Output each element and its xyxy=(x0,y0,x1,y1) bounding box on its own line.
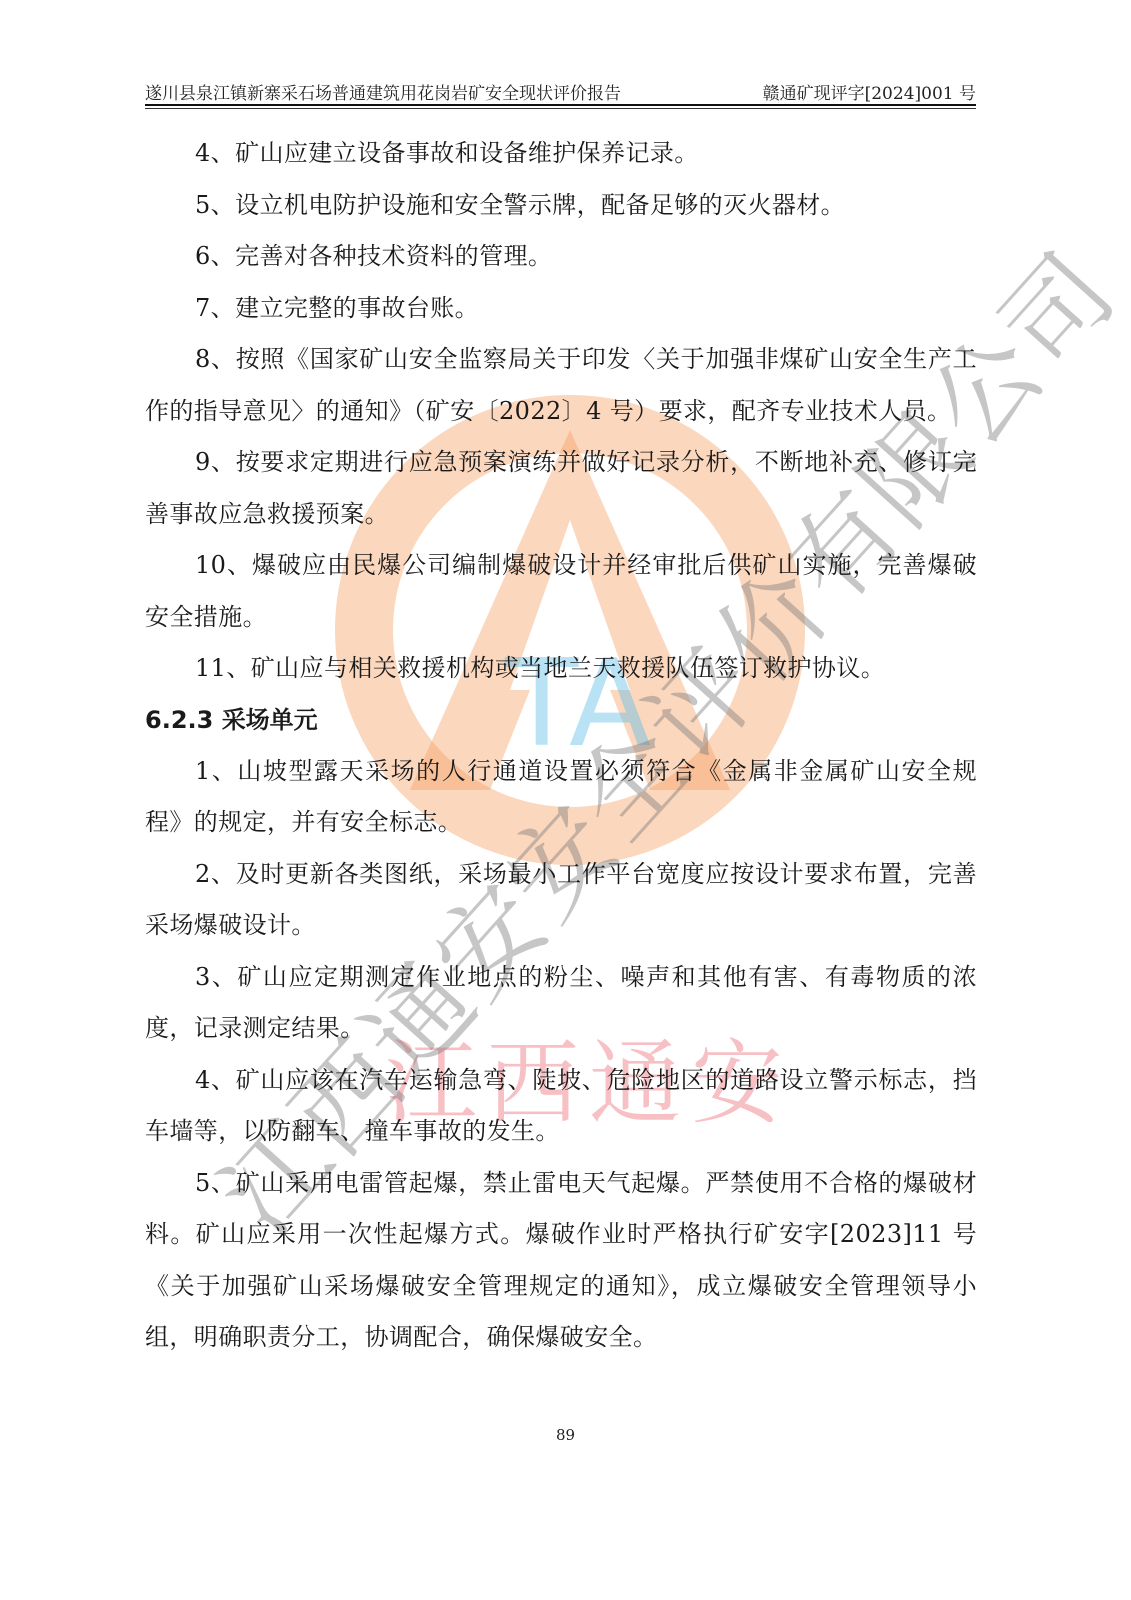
list-item: 1、山坡型露天采场的人行通道设置必须符合《金属非金属矿山安全规程》的规定，并有安… xyxy=(145,746,977,849)
list-item: 9、按要求定期进行应急预案演练并做好记录分析，不断地补充、修订完善事故应急救援预… xyxy=(145,437,977,540)
list-item: 3、矿山应定期测定作业地点的粉尘、噪声和其他有害、有毒物质的浓度，记录测定结果。 xyxy=(145,952,977,1055)
list-item: 10、爆破应由民爆公司编制爆破设计并经审批后供矿山实施，完善爆破安全措施。 xyxy=(145,540,977,643)
list-item: 11、矿山应与相关救援机构或当地兰天救援队伍签订救护协议。 xyxy=(145,643,977,695)
list-item: 2、及时更新各类图纸，采场最小工作平台宽度应按设计要求布置，完善采场爆破设计。 xyxy=(145,849,977,952)
list-item: 7、建立完整的事故台账。 xyxy=(145,283,977,335)
list-item: 6、完善对各种技术资料的管理。 xyxy=(145,231,977,283)
document-number: 赣通矿现评字[2024]001 号 xyxy=(763,79,976,104)
list-item: 8、按照《国家矿山安全监察局关于印发〈关于加强非煤矿山安全生产工作的指导意见〉的… xyxy=(145,334,977,437)
list-item: 5、矿山采用电雷管起爆，禁止雷电天气起爆。严禁使用不合格的爆破材料。矿山应采用一… xyxy=(145,1158,977,1364)
page-number: 89 xyxy=(0,1426,1131,1444)
list-item: 4、矿山应该在汽车运输急弯、陡坡、危险地区的道路设立警示标志，挡车墙等，以防翻车… xyxy=(145,1055,977,1158)
header-divider xyxy=(145,104,976,106)
section-heading: 6.2.3 采场单元 xyxy=(145,695,977,746)
list-item: 5、设立机电防护设施和安全警示牌，配备足够的灭火器材。 xyxy=(145,180,977,232)
document-body: 4、矿山应建立设备事故和设备维护保养记录。 5、设立机电防护设施和安全警示牌，配… xyxy=(145,128,977,1364)
page-header: 遂川县泉江镇新寨采石场普通建筑用花岗岩矿安全现状评价报告 赣通矿现评字[2024… xyxy=(145,76,976,104)
list-item: 4、矿山应建立设备事故和设备维护保养记录。 xyxy=(145,128,977,180)
header-divider-thin xyxy=(145,108,976,109)
report-title: 遂川县泉江镇新寨采石场普通建筑用花岗岩矿安全现状评价报告 xyxy=(145,79,621,104)
